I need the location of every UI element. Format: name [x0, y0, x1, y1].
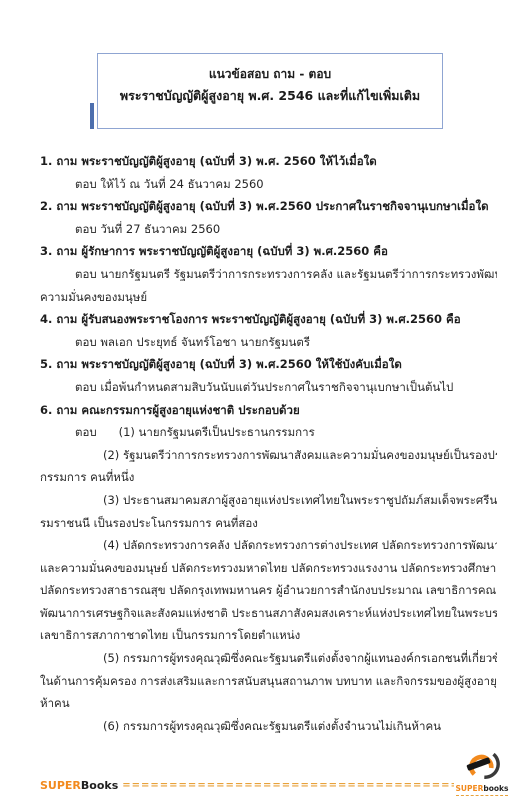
answer-line: พัฒนาการเศรษฐกิจและสังคมแห่งชาติ ประธานส…	[40, 602, 497, 625]
question-line: 1. ถาม พระราชบัญญัติผู้สูงอายุ (ฉบับที่ …	[40, 150, 497, 173]
footer-brand-super: SUPER	[40, 779, 81, 792]
answer-line: (6) กรรมการผู้ทรงคุณวุฒิซึ่งคณะรัฐมนตรีแ…	[40, 715, 497, 738]
doc-title-line2: พระราชบัญญัติผู้สูงอายุ พ.ศ. 2546 และที่…	[98, 84, 442, 108]
question-line: 3. ถาม ผู้รักษาการ พระราชบัญญัติผู้สูงอา…	[40, 240, 497, 263]
answer-line: (5) กรรมการผู้ทรงคุณวุฒิซึ่งคณะรัฐมนตรีแ…	[40, 647, 497, 670]
question-line: 2. ถาม พระราชบัญญัติผู้สูงอายุ (ฉบับที่ …	[40, 195, 497, 218]
answer-line: กรรมการ คนที่หนึ่ง	[40, 466, 497, 489]
footer-brand-books: Books	[81, 779, 118, 792]
answer-line: ตอบ (1) นายกรัฐมนตรีเป็นประธานกรรมการ	[40, 421, 497, 444]
page-footer: SUPERBooks =============================…	[40, 758, 510, 798]
superbooks-logo: SUPERbooks	[454, 751, 510, 798]
qa-content: 1. ถาม พระราชบัญญัติผู้สูงอายุ (ฉบับที่ …	[40, 150, 497, 737]
answer-line: (2) รัฐมนตรีว่าการกระทรวงการพัฒนาสังคมแล…	[40, 444, 497, 467]
answer-line: ตอบ พลเอก ประยุทธ์ จันทร์โอชา นายกรัฐมนต…	[40, 331, 497, 354]
footer-brand: SUPERBooks	[40, 779, 118, 798]
question-line: 5. ถาม พระราชบัญญัติผู้สูงอายุ (ฉบับที่ …	[40, 353, 497, 376]
footer-separator: ========================================…	[118, 780, 454, 798]
logo-underline	[456, 795, 508, 796]
answer-line: ตอบ นายกรัฐมนตรี รัฐมนตรีว่าการกระทรวงกา…	[40, 263, 497, 286]
answer-line: ในด้านการคุ้มครอง การส่งเสริมและการสนับส…	[40, 670, 497, 693]
answer-line: (3) ประธานสมาคมสภาผู้สูงอายุแห่งประเทศไท…	[40, 489, 497, 512]
question-line: 4. ถาม ผู้รับสนองพระราชโองการ พระราชบัญญ…	[40, 308, 497, 331]
logo-wordmark-super: SUPER	[455, 784, 483, 793]
question-line: 6. ถาม คณะกรรมการผู้สูงอายุแห่งชาติ ประก…	[40, 399, 497, 422]
logo-wordmark-books: books	[483, 784, 508, 793]
answer-line: ตอบ ให้ไว้ ณ วันที่ 24 ธันวาคม 2560	[40, 173, 497, 196]
answer-line: ตอบ วันที่ 27 ธันวาคม 2560	[40, 218, 497, 241]
answer-line: (4) ปลัดกระทรวงการคลัง ปลัดกระทรวงการต่า…	[40, 534, 497, 557]
answer-line: ห้าคน	[40, 692, 497, 715]
answer-line: และความมั่นคงของมนุษย์ ปลัดกระทรวงมหาดไท…	[40, 557, 497, 580]
answer-line: ตอบ เมื่อพ้นกำหนดสามสิบวันนับแต่วันประกา…	[40, 376, 497, 399]
answer-line: เลขาธิการสภากาชาดไทย เป็นกรรมการโดยตำแหน…	[40, 624, 497, 647]
document-page: แนวข้อสอบ ถาม - ตอบ พระราชบัญญัติผู้สูงอ…	[0, 0, 532, 804]
text-cursor-bar	[90, 103, 94, 129]
logo-wordmark: SUPERbooks	[454, 785, 510, 793]
answer-line: ปลัดกระทรวงสาธารณสุข ปลัดกรุงเทพมหานคร ผ…	[40, 579, 497, 602]
title-box: แนวข้อสอบ ถาม - ตอบ พระราชบัญญัติผู้สูงอ…	[97, 53, 443, 129]
answer-line: ความมั่นคงของมนุษย์	[40, 286, 497, 309]
superbooks-swoosh-icon	[454, 751, 510, 785]
answer-line: รมราชนนี เป็นรองประโนกรรมการ คนที่สอง	[40, 512, 497, 535]
doc-title-line1: แนวข้อสอบ ถาม - ตอบ	[98, 64, 442, 84]
